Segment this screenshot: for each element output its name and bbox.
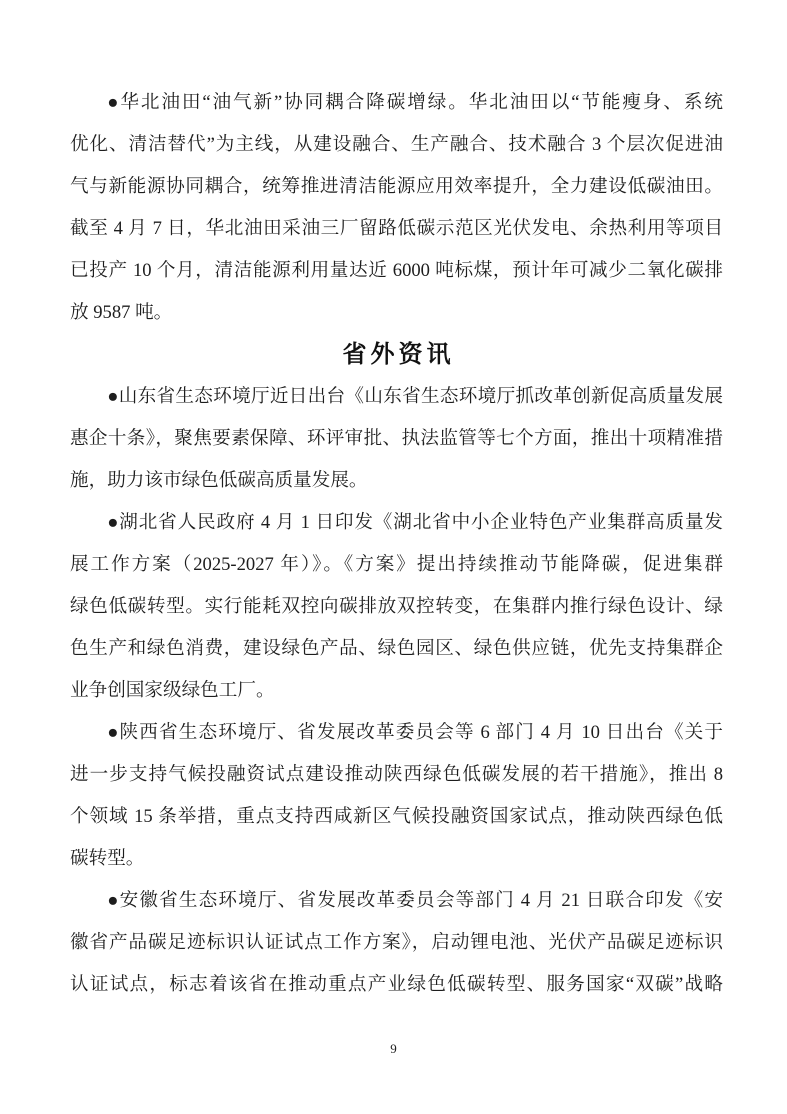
paragraph: ●安徽省生态环境厅、省发展改革委员会等部门 4 月 21 日联合印发《安徽省产品… bbox=[70, 880, 723, 1006]
text-line: 放 9587 吨。 bbox=[70, 292, 723, 334]
text-line: 展工作方案（2025-2027 年）》。《方案》提出持续推动节能降碳，促进集群 bbox=[70, 544, 723, 586]
page-footer: 9 bbox=[0, 1040, 787, 1058]
text-line: 个领域 15 条举措，重点支持西咸新区气候投融资国家试点，推动陕西绿色低 bbox=[70, 796, 723, 838]
paragraph: ●湖北省人民政府 4 月 1 日印发《湖北省中小企业特色产业集群高质量发展工作方… bbox=[70, 502, 723, 712]
text-line: ●陕西省生态环境厅、省发展改革委员会等 6 部门 4 月 10 日出台《关于 bbox=[70, 712, 723, 754]
text-line: 绿色低碳转型。实行能耗双控向碳排放双控转变，在集群内推行绿色设计、绿 bbox=[70, 586, 723, 628]
text-line: 已投产 10 个月，清洁能源利用量达近 6000 吨标煤，预计年可减少二氧化碳排 bbox=[70, 250, 723, 292]
text-line: 业争创国家级绿色工厂。 bbox=[70, 670, 723, 712]
text-line: 进一步支持气候投融资试点建设推动陕西绿色低碳发展的若干措施》，推出 8 bbox=[70, 754, 723, 796]
text-line: ●华北油田“油气新”协同耦合降碳增绿。华北油田以“节能瘦身、系统 bbox=[70, 82, 723, 124]
text-line: 气与新能源协同耦合，统筹推进清洁能源应用效率提升，全力建设低碳油田。 bbox=[70, 166, 723, 208]
paragraph: ●山东省生态环境厅近日出台《山东省生态环境厅抓改革创新促高质量发展惠企十条》，聚… bbox=[70, 376, 723, 502]
section-heading: 省外资讯 bbox=[70, 334, 723, 376]
page-number: 9 bbox=[390, 1041, 397, 1056]
text-line: 惠企十条》，聚焦要素保障、环评审批、执法监管等七个方面，推出十项精准措 bbox=[70, 418, 723, 460]
text-line: 色生产和绿色消费，建设绿色产品、绿色园区、绿色供应链，优先支持集群企 bbox=[70, 628, 723, 670]
text-line: ●湖北省人民政府 4 月 1 日印发《湖北省中小企业特色产业集群高质量发 bbox=[70, 502, 723, 544]
text-line: 截至 4 月 7 日，华北油田采油三厂留路低碳示范区光伏发电、余热利用等项目 bbox=[70, 208, 723, 250]
document-content: ●华北油田“油气新”协同耦合降碳增绿。华北油田以“节能瘦身、系统优化、清洁替代”… bbox=[70, 82, 723, 1006]
paragraph: ●陕西省生态环境厅、省发展改革委员会等 6 部门 4 月 10 日出台《关于进一… bbox=[70, 712, 723, 880]
text-line: 碳转型。 bbox=[70, 838, 723, 880]
text-line: 优化、清洁替代”为主线，从建设融合、生产融合、技术融合 3 个层次促进油 bbox=[70, 124, 723, 166]
text-line: ●安徽省生态环境厅、省发展改革委员会等部门 4 月 21 日联合印发《安 bbox=[70, 880, 723, 922]
text-line: 徽省产品碳足迹标识认证试点工作方案》，启动锂电池、光伏产品碳足迹标识 bbox=[70, 922, 723, 964]
document-page: ●华北油田“油气新”协同耦合降碳增绿。华北油田以“节能瘦身、系统优化、清洁替代”… bbox=[0, 0, 787, 1114]
text-line: ●山东省生态环境厅近日出台《山东省生态环境厅抓改革创新促高质量发展 bbox=[70, 376, 723, 418]
paragraph: ●华北油田“油气新”协同耦合降碳增绿。华北油田以“节能瘦身、系统优化、清洁替代”… bbox=[70, 82, 723, 334]
text-line: 施，助力该市绿色低碳高质量发展。 bbox=[70, 460, 723, 502]
text-line: 认证试点，标志着该省在推动重点产业绿色低碳转型、服务国家“双碳”战略 bbox=[70, 964, 723, 1006]
